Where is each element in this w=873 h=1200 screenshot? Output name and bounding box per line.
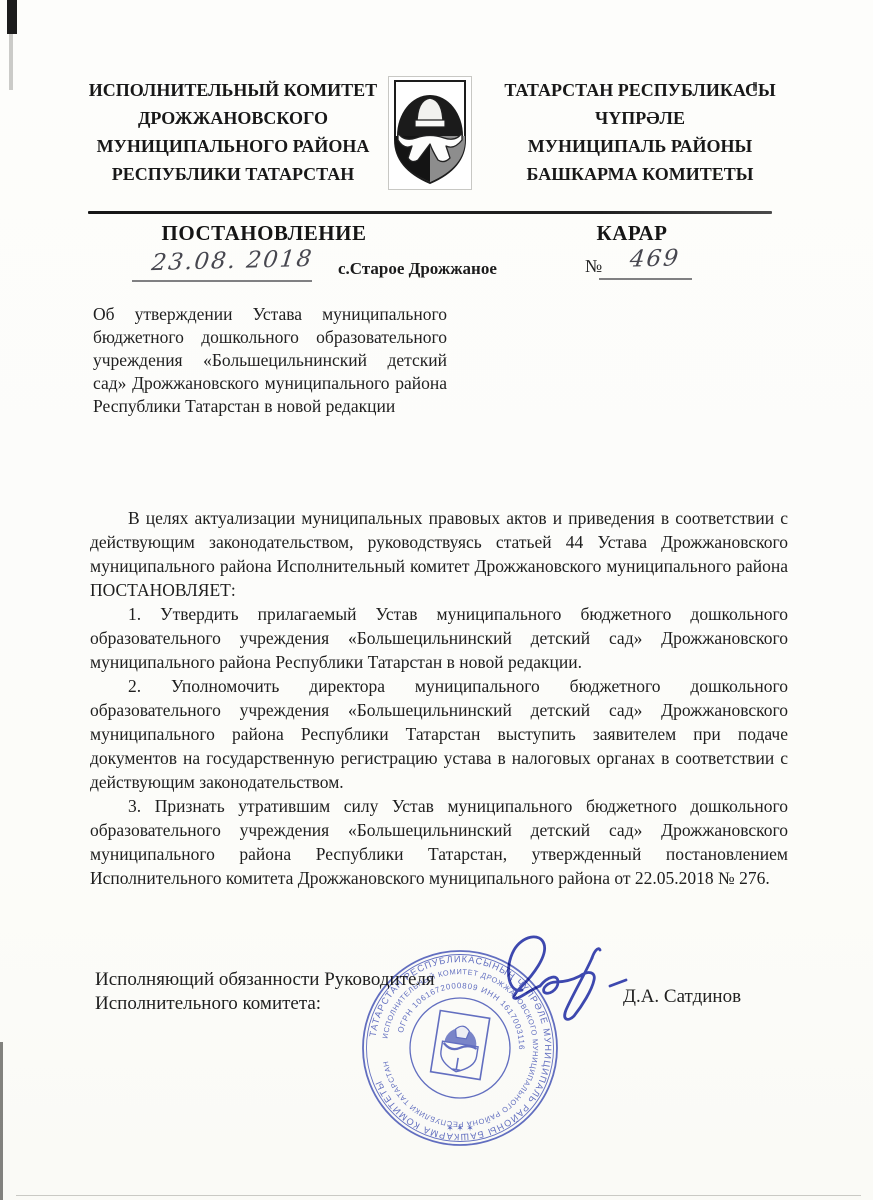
- document-body: В целях актуализации муниципальных право…: [90, 506, 788, 890]
- scan-artifact-topleft-bar: [7, 0, 17, 34]
- coat-of-arms-icon: [388, 76, 472, 190]
- document-title: Об утверждении Устава муниципального бюд…: [93, 303, 447, 418]
- date-underline: [132, 280, 312, 282]
- number-handwritten: 469: [628, 245, 681, 272]
- org-ru-line2: ДРОЖЖАНОВСКОГО: [88, 104, 378, 132]
- org-tt-line3: МУНИЦИПАЛЬ РАЙОНЫ: [475, 132, 805, 160]
- org-name-tatar: ТАТАРСТАН РЕСПУБЛИКАСЫ ЧҮПРӘЛЕ МУНИЦИПАЛ…: [475, 76, 805, 188]
- org-tt-line1: ТАТАРСТАН РЕСПУБЛИКАСЫ: [475, 76, 805, 104]
- stamp-center-emblem: [431, 1010, 490, 1079]
- handwritten-signature: [488, 928, 653, 1028]
- scan-artifact-bottom-line: [16, 1195, 861, 1196]
- org-tt-line2: ЧҮПРӘЛЕ: [475, 104, 805, 132]
- org-name-russian: ИСПОЛНИТЕЛЬНЫЙ КОМИТЕТ ДРОЖЖАНОВСКОГО МУ…: [88, 76, 378, 188]
- org-ru-line4: РЕСПУБЛИКИ ТАТАРСТАН: [88, 160, 378, 188]
- stamp-stars: ✶ ✶ ✶: [446, 1123, 474, 1133]
- scan-artifact-left-edge: [0, 1042, 3, 1200]
- paragraph-item-1: 1. Утвердить прилагаемый Устав муниципал…: [90, 602, 788, 674]
- org-ru-line3: МУНИЦИПАЛЬНОГО РАЙОНА: [88, 132, 378, 160]
- scan-artifact-topleft-tail: [9, 34, 13, 90]
- doc-type-ru: ПОСТАНОВЛЕНИЕ: [148, 221, 380, 246]
- number-sign: №: [585, 256, 602, 277]
- org-ru-line1: ИСПОЛНИТЕЛЬНЫЙ КОМИТЕТ: [88, 76, 378, 104]
- place-label: с.Старое Дрожжаное: [338, 259, 497, 279]
- scanned-document-page: ИСПОЛНИТЕЛЬНЫЙ КОМИТЕТ ДРОЖЖАНОВСКОГО МУ…: [0, 0, 873, 1200]
- paragraph-preamble: В целях актуализации муниципальных право…: [90, 506, 788, 602]
- header-divider: [88, 211, 772, 214]
- date-handwritten: 23.08. 2018: [150, 246, 315, 276]
- paragraph-item-3: 3. Признать утратившим силу Устав муници…: [90, 794, 788, 890]
- paragraph-item-2: 2. Уполномочить директора муниципального…: [90, 674, 788, 794]
- org-tt-line4: БАШКАРМА КОМИТЕТЫ: [475, 160, 805, 188]
- doc-type-tt: КАРАР: [572, 221, 692, 246]
- number-underline: [599, 278, 692, 280]
